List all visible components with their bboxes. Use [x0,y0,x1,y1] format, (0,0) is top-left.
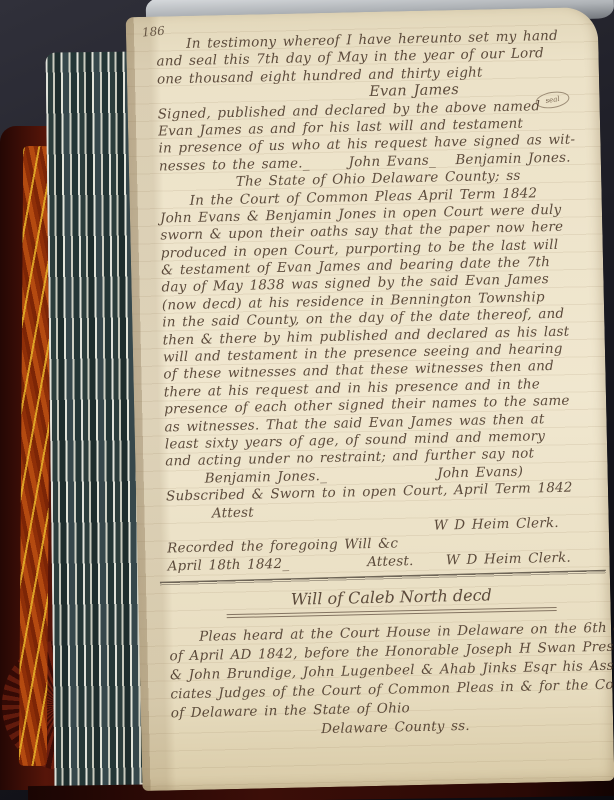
evan-james-probate-entry: In testimony whereof I have hereunto set… [156,27,606,576]
section-heading: Will of Caleb North decd [226,584,557,618]
manuscript-page: 186 seal In testimony whereof I have her… [126,7,614,791]
marbled-cover-strip [19,146,51,766]
heading-row: Will of Caleb North decd [226,583,606,618]
photograph-open-record-book: 186 seal In testimony whereof I have her… [0,0,614,800]
caleb-north-entry: Pleas heard at the Court House in Delawa… [169,620,609,744]
handwritten-text-block: In testimony whereof I have hereunto set… [156,27,609,743]
